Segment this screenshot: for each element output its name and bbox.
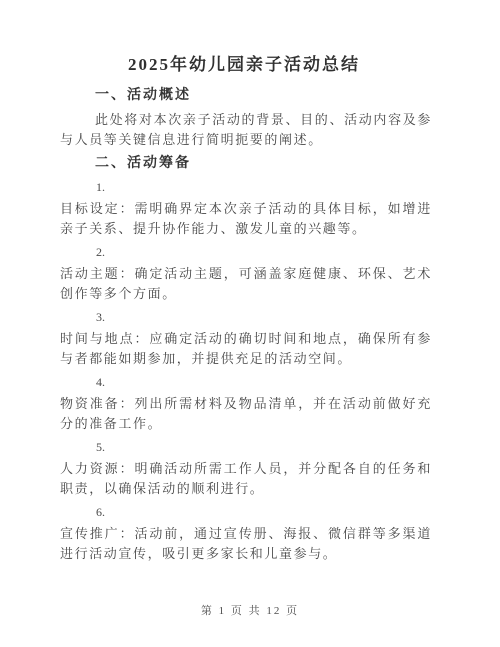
item-number: 6. [60, 502, 432, 522]
document-title: 2025年幼儿园亲子活动总结 [56, 54, 432, 76]
numbered-item: 3. 时间与地点：应确定活动的确切时间和地点，确保所有参与者都能如期参加，并提供… [60, 307, 432, 369]
item-text: 活动主题：确定活动主题，可涵盖家庭健康、环保、艺术创作等多个方面。 [60, 264, 432, 304]
numbered-item: 6. 宣传推广：活动前，通过宣传册、海报、微信群等多渠道进行活动宣传，吸引更多家… [60, 502, 432, 564]
item-number: 2. [60, 242, 432, 262]
item-number: 4. [60, 372, 432, 392]
item-number: 1. [60, 177, 432, 197]
section-heading-overview: 一、活动概述 [60, 86, 432, 106]
overview-paragraph: 此处将对本次亲子活动的背景、目的、活动内容及参与人员等关键信息进行简明扼要的阐述… [60, 110, 432, 150]
section-heading-preparation: 二、活动筹备 [60, 154, 432, 174]
item-number: 5. [60, 437, 432, 457]
item-text: 人力资源：明确活动所需工作人员，并分配各自的任务和职责，以确保活动的顺利进行。 [60, 459, 432, 499]
item-text: 宣传推广：活动前，通过宣传册、海报、微信群等多渠道进行活动宣传，吸引更多家长和儿… [60, 524, 432, 564]
item-text: 时间与地点：应确定活动的确切时间和地点，确保所有参与者都能如期参加，并提供充足的… [60, 329, 432, 369]
numbered-item: 4. 物资准备：列出所需材料及物品清单，并在活动前做好充分的准备工作。 [60, 372, 432, 434]
numbered-item: 2. 活动主题：确定活动主题，可涵盖家庭健康、环保、艺术创作等多个方面。 [60, 242, 432, 304]
document-page: 2025年幼儿园亲子活动总结 一、活动概述 此处将对本次亲子活动的背景、目的、活… [0, 0, 500, 647]
item-number: 3. [60, 307, 432, 327]
page-footer: 第 1 页 共 12 页 [0, 602, 500, 618]
item-text: 物资准备：列出所需材料及物品清单，并在活动前做好充分的准备工作。 [60, 394, 432, 434]
numbered-item: 1. 目标设定：需明确界定本次亲子活动的具体目标，如增进亲子关系、提升协作能力、… [60, 177, 432, 239]
item-text: 目标设定：需明确界定本次亲子活动的具体目标，如增进亲子关系、提升协作能力、激发儿… [60, 199, 432, 239]
numbered-item: 5. 人力资源：明确活动所需工作人员，并分配各自的任务和职责，以确保活动的顺利进… [60, 437, 432, 499]
